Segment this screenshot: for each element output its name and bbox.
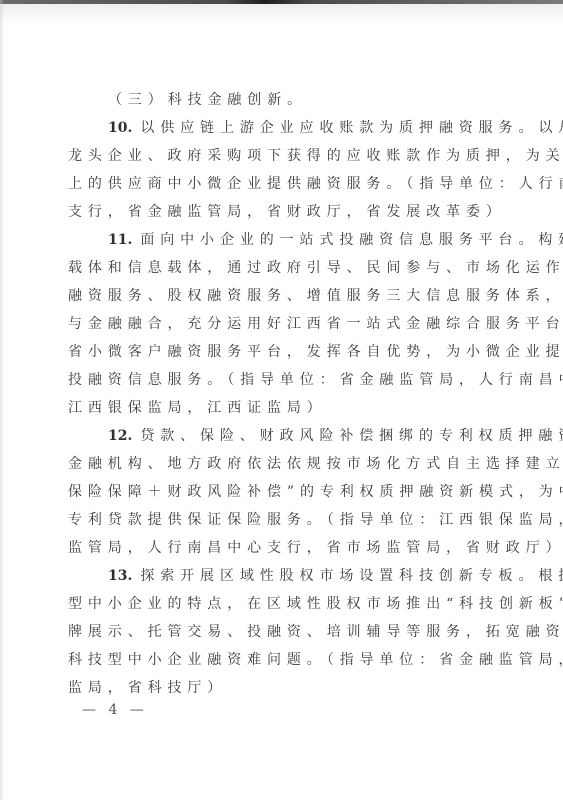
item-line: 上的供应商中小微企业提供融资服务。（指导单位：人行南昌中心 <box>68 170 488 198</box>
item-number: 12. <box>108 428 132 444</box>
scan-left-shadow <box>0 0 4 800</box>
section-heading: （三）科技金融创新。 <box>68 86 488 114</box>
item-number: 10. <box>108 120 132 136</box>
item-first-line: 10.以供应链上游企业应收账款为质押融资服务。以从核心 <box>68 114 488 142</box>
item-line: 江西银保监局，江西证监局） <box>68 394 488 422</box>
item-first-line: 13.探索开展区域性股权市场设置科技创新专板。根据科技 <box>68 562 488 590</box>
item-13: 13.探索开展区域性股权市场设置科技创新专板。根据科技 型中小企业的特点，在区域… <box>68 562 488 702</box>
item-line: 与金融融合，充分运用好江西省一站式金融综合服务平台与江西 <box>68 310 488 338</box>
item-10: 10.以供应链上游企业应收账款为质押融资服务。以从核心 龙头企业、政府采购项下获… <box>68 114 488 226</box>
item-line: 载体和信息载体，通过政府引导、民间参与、市场化运作，搭建债权 <box>68 254 488 282</box>
document-body: （三）科技金融创新。 10.以供应链上游企业应收账款为质押融资服务。以从核心 龙… <box>68 86 488 702</box>
item-text: 面向中小企业的一站式投融资信息服务平台。构建物理 <box>140 232 563 248</box>
item-number: 11. <box>108 232 132 248</box>
item-line: 支行，省金融监管局，省财政厅，省发展改革委） <box>68 198 488 226</box>
item-first-line: 11.面向中小企业的一站式投融资信息服务平台。构建物理 <box>68 226 488 254</box>
item-line: 保险保障＋财政风险补偿”的专利权质押融资新模式，为中小企业 <box>68 478 488 506</box>
item-12: 12.贷款、保险、财政风险补偿捆绑的专利权质押融资服务。 金融机构、地方政府依法… <box>68 422 488 562</box>
item-line: 投融资信息服务。（指导单位：省金融监管局，人行南昌中心支行， <box>68 366 488 394</box>
item-number: 13. <box>108 568 132 584</box>
item-text: 以供应链上游企业应收账款为质押融资服务。以从核心 <box>140 120 563 136</box>
item-line: 科技型中小企业融资难问题。（指导单位：省金融监管局，江西证 <box>68 646 488 674</box>
scan-top-shadow <box>0 4 563 24</box>
item-line: 融资服务、股权融资服务、增值服务三大信息服务体系，加强科技 <box>68 282 488 310</box>
item-line: 龙头企业、政府采购项下获得的应收账款作为质押，为关联产业链 <box>68 142 488 170</box>
page-number: — 4 — <box>82 702 148 718</box>
item-first-line: 12.贷款、保险、财政风险补偿捆绑的专利权质押融资服务。 <box>68 422 488 450</box>
item-line: 监管局，人行南昌中心支行，省市场监管局，省财政厅） <box>68 534 488 562</box>
item-line: 牌展示、托管交易、投融资、培训辅导等服务，拓宽融资渠道，缓解 <box>68 618 488 646</box>
item-text: 探索开展区域性股权市场设置科技创新专板。根据科技 <box>140 568 563 584</box>
item-line: 专利贷款提供保证保险服务。（指导单位：江西银保监局，省金融 <box>68 506 488 534</box>
item-line: 金融机构、地方政府依法依规按市场化方式自主选择建立“贷款＋ <box>68 450 488 478</box>
item-line: 监局，省科技厅） <box>68 674 488 702</box>
item-11: 11.面向中小企业的一站式投融资信息服务平台。构建物理 载体和信息载体，通过政府… <box>68 226 488 422</box>
item-line: 省小微客户融资服务平台，发挥各自优势，为小微企业提供全方位 <box>68 338 488 366</box>
item-line: 型中小企业的特点，在区域性股权市场推出“科技创新板”，提供挂 <box>68 590 488 618</box>
item-text: 贷款、保险、财政风险补偿捆绑的专利权质押融资服务。 <box>140 428 563 444</box>
